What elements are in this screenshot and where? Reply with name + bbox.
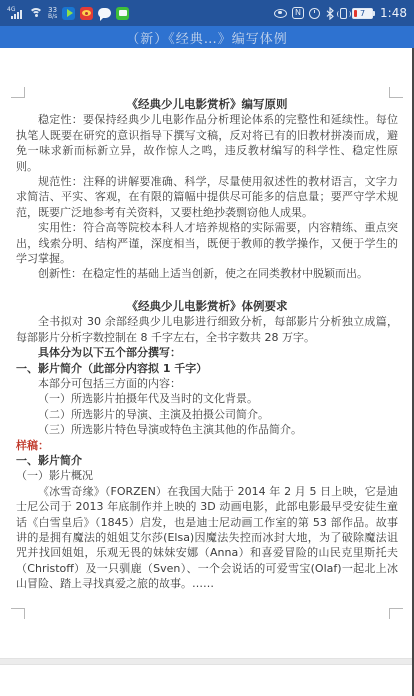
principles-heading: 《经典少儿电影赏析》编写原则	[16, 97, 398, 112]
chat-app-icon	[98, 7, 111, 20]
battery-fill	[354, 10, 357, 17]
status-bar-right: N 7 1:48	[274, 0, 407, 26]
list-item-3: （三）所选影片特色导演或特色主演其他的作品简介。	[16, 422, 398, 437]
title-bar[interactable]: （新）《经典…》编写体例	[0, 26, 414, 48]
sample-heading: 一、影片简介	[16, 453, 398, 468]
net-speed-unit: B/s	[48, 14, 57, 20]
list-item-1: （一）所选影片拍摄年代及当时的文化背景。	[16, 391, 398, 406]
paragraph-standard: 规范性：注释的讲解要准确、科学，尽量使用叙述性的教材语言，文字力求简洁、平实、客…	[16, 174, 398, 220]
alarm-icon	[309, 8, 320, 19]
nfc-icon: N	[292, 7, 304, 19]
net-speed-indicator: 33 B/s	[48, 7, 57, 20]
video-app-icon	[62, 7, 75, 20]
structure-note: 具体分为以下五个部分撰写：	[16, 345, 398, 360]
status-bar: 4G 33 B/s N 7 1:48	[0, 0, 414, 26]
section1-intro: 本部分可包括三方面的内容：	[16, 376, 398, 391]
phone-screen: 4G 33 B/s N 7 1:48	[0, 0, 414, 696]
sample-subheading: （一）影片概况	[16, 468, 398, 483]
sample-body: 《冰雪奇缘》（FORZEN）在我国大陆于 2014 年 2 月 5 日上映，它是…	[16, 484, 398, 592]
page-corner-mark-bottom-right	[389, 608, 403, 619]
document-page-1: 《经典少儿电影赏析》编写原则 稳定性：要保持经典少儿电影作品分析理论体系的完整性…	[16, 97, 398, 592]
list-item-2: （二）所选影片的导演、主演及拍摄公司简介。	[16, 407, 398, 422]
bluetooth-icon	[325, 7, 335, 20]
status-bar-left: 4G 33 B/s	[7, 0, 129, 26]
signal-bars-icon	[11, 10, 22, 19]
signal-icon: 4G	[7, 7, 24, 20]
eye-comfort-icon	[274, 9, 287, 18]
page-break-gap	[0, 658, 414, 665]
document-viewer[interactable]: 《经典少儿电影赏析》编写原则 稳定性：要保持经典少儿电影作品分析理论体系的完整性…	[0, 48, 414, 696]
document-title: （新）《经典…》编写体例	[126, 28, 288, 47]
battery-percent: 7	[360, 9, 365, 18]
battery-icon: 7	[352, 8, 373, 19]
page-corner-mark-bottom-left	[11, 608, 25, 619]
paragraph-practical: 实用性：符合高等院校本科人才培养规格的实际需要，内容精练、重点突出，线索分明、结…	[16, 220, 398, 266]
paragraph-stability: 稳定性：要保持经典少儿电影作品分析理论体系的完整性和延续性。每位执笔人既要在研究…	[16, 112, 398, 174]
sms-app-icon	[116, 7, 129, 20]
wifi-icon	[29, 8, 43, 19]
sample-label: 样稿：	[16, 438, 398, 453]
eye-app-icon	[80, 7, 93, 20]
paragraph-innovation: 创新性：在稳定性的基础上适当创新，使之在同类教材中脱颖而出。	[16, 266, 398, 281]
vibrate-icon	[340, 8, 347, 19]
section1-heading: 一、影片简介（此部分内容拟 1 千字）	[16, 361, 398, 376]
clock-time: 1:48	[380, 6, 407, 20]
paragraph-overview: 全书拟对 30 余部经典少儿电影进行细致分析，每部影片分析独立成篇，每部影片分析…	[16, 314, 398, 345]
requirements-heading: 《经典少儿电影赏析》体例要求	[16, 299, 398, 314]
